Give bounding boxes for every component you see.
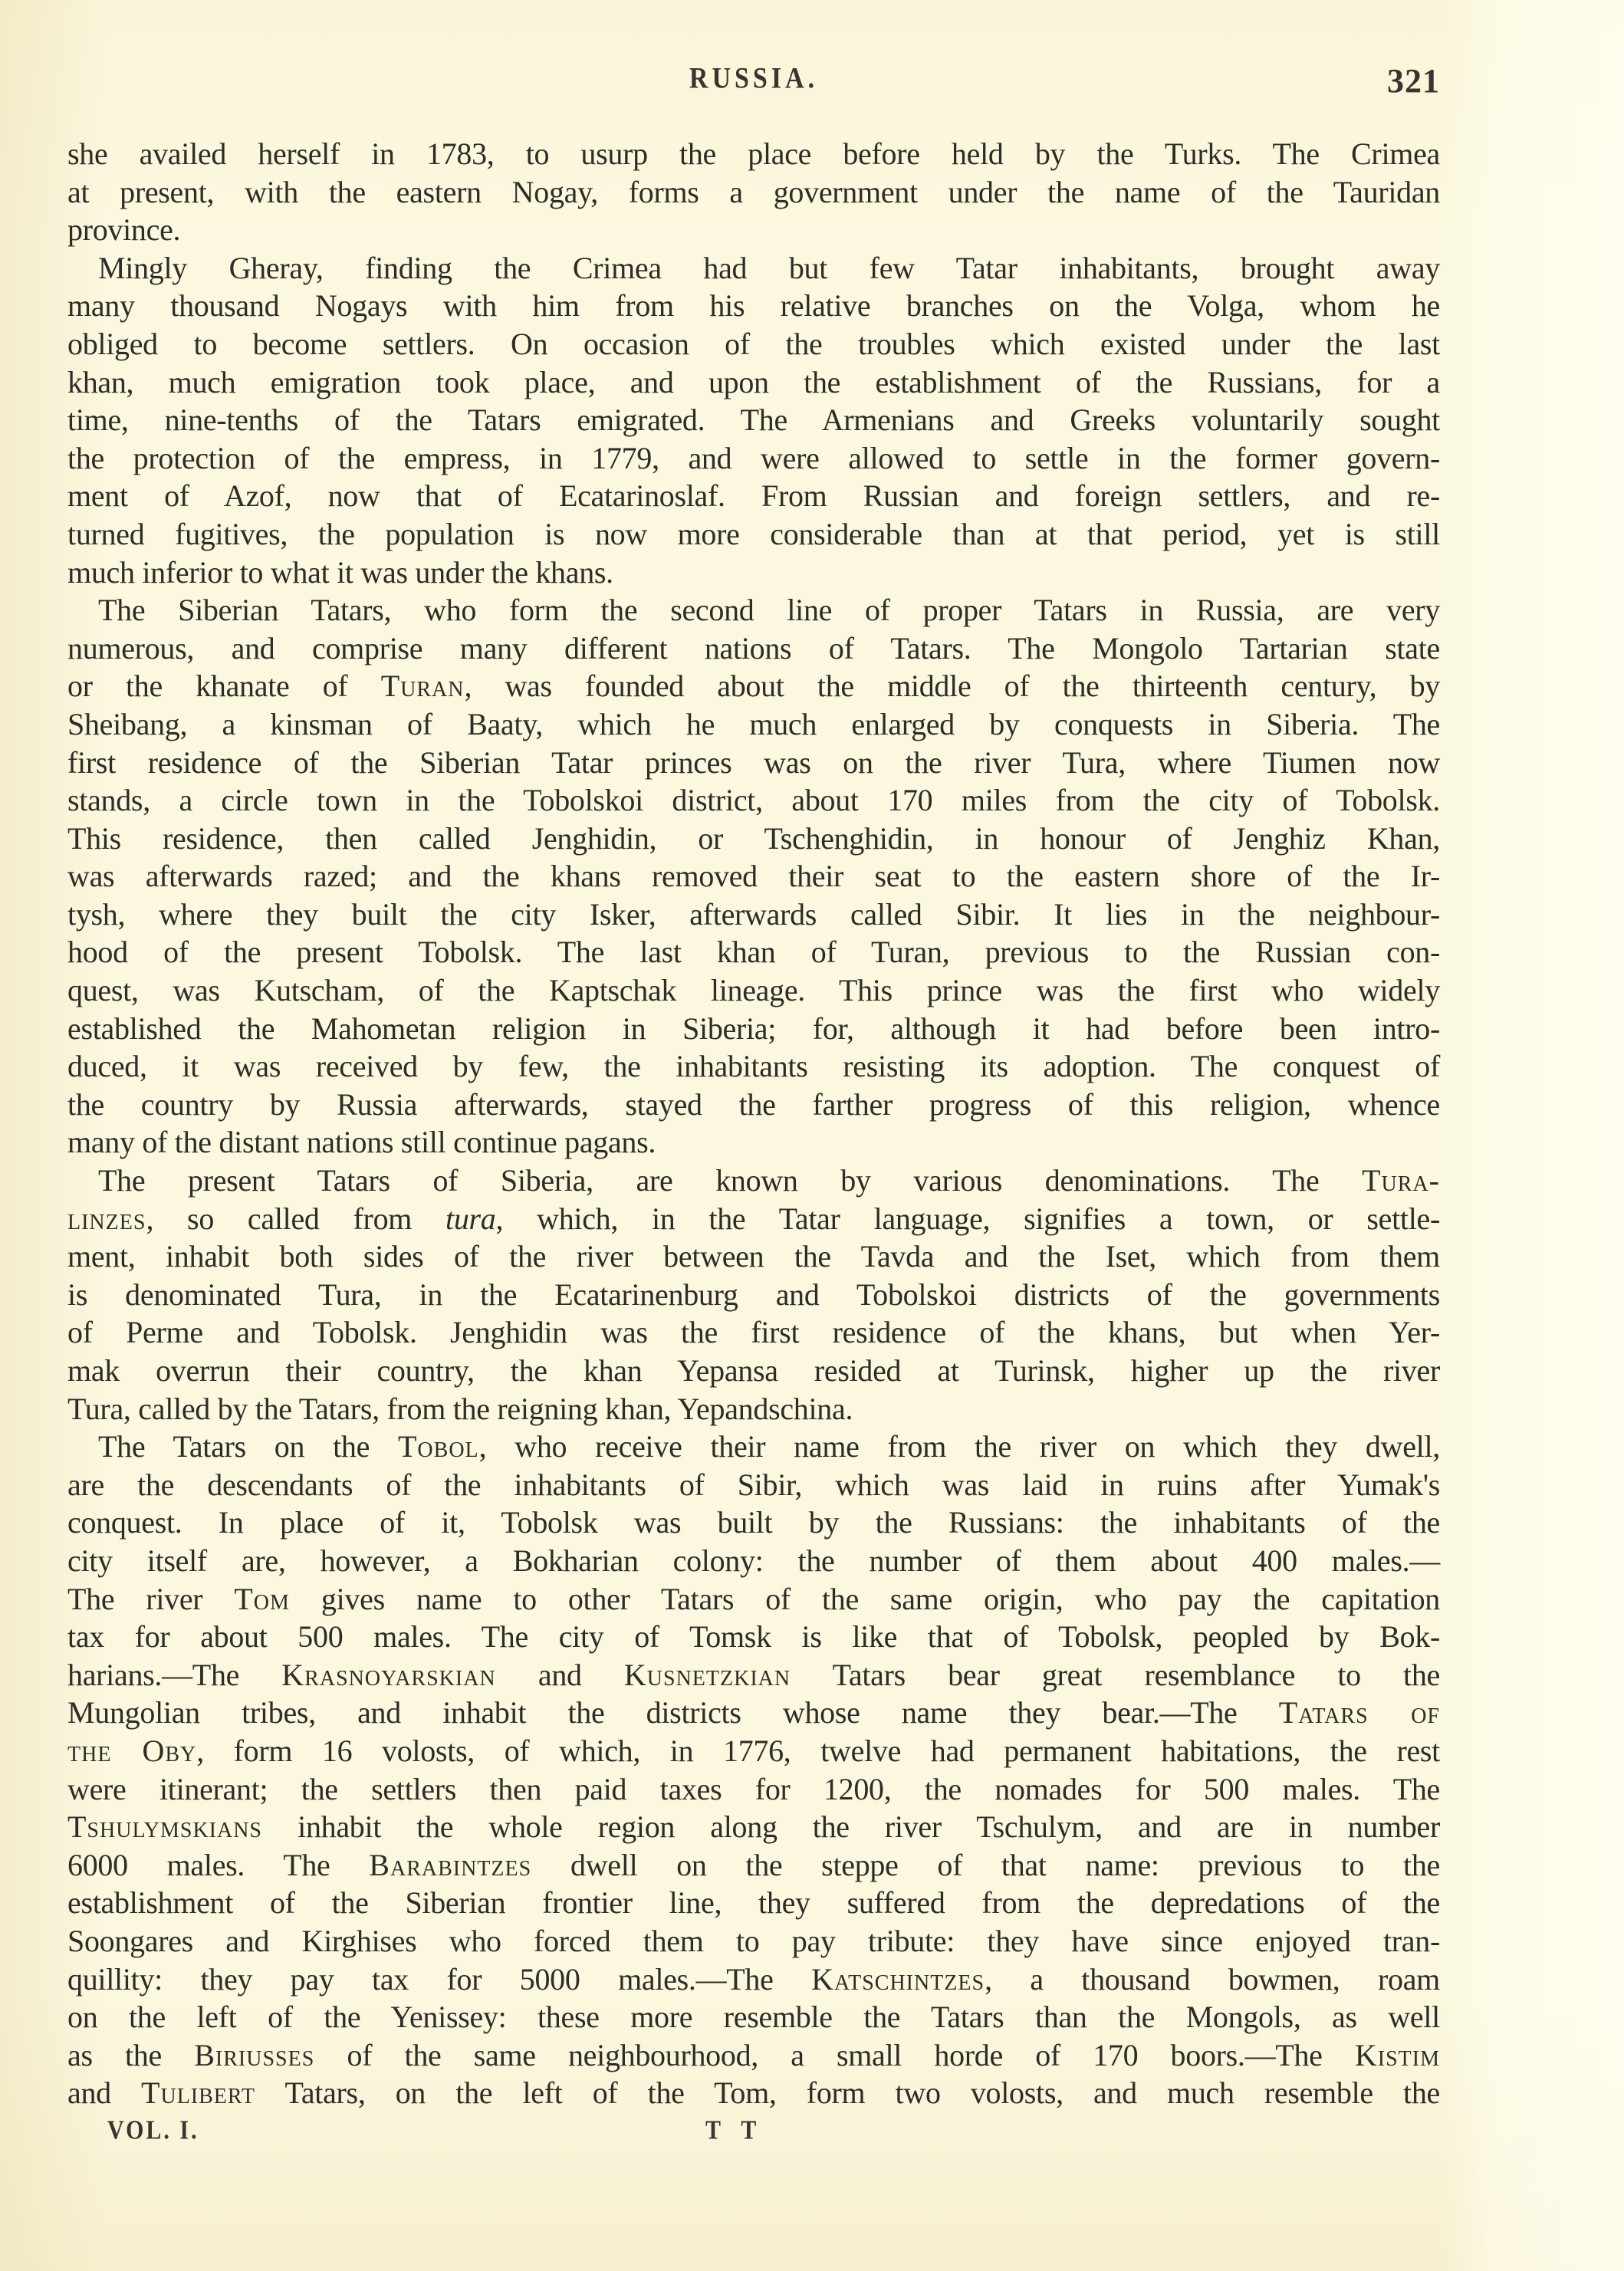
text-run: Tatars bear great resemblance to the — [791, 1658, 1440, 1692]
text-run: of the same neighbourhood, a small horde… — [314, 2038, 1355, 2072]
text-run: on the left of the Yenissey: these more … — [67, 2000, 1440, 2034]
text-line: conquest. In place of it, Tobolsk was bu… — [67, 1504, 1440, 1542]
text-run: Tatars, on the left of the Tom, form two… — [255, 2075, 1440, 2110]
text-run: The Siberian Tatars, who form the second… — [98, 593, 1440, 627]
text-line: province. — [67, 211, 1440, 249]
signature-mark: T T — [705, 2115, 764, 2145]
text-line: were itinerant; the settlers then paid t… — [67, 1770, 1440, 1809]
text-run: are the descendants of the inhabitants o… — [67, 1467, 1440, 1502]
text-line: turned fugitives, the population is now … — [67, 515, 1440, 554]
text-line: first residence of the Siberian Tatar pr… — [67, 744, 1440, 782]
text-run: Sheibang, a kinsman of Baaty, which he m… — [67, 707, 1440, 741]
text-line: 6000 males. The Barabintzes dwell on the… — [67, 1846, 1440, 1885]
text-run: quillity: they pay tax for 5000 males.—T… — [67, 1962, 811, 1997]
text-line: hood of the present Tobolsk. The last kh… — [67, 933, 1440, 971]
text-line: Tshulymskians inhabit the whole region a… — [67, 1808, 1440, 1846]
text-run: at present, with the eastern Nogay, form… — [67, 175, 1440, 209]
text-run: many thousand Nogays with him from his r… — [67, 288, 1440, 323]
text-line: numerous, and comprise many different na… — [67, 629, 1440, 668]
text-run: This residence, then called Jenghidin, o… — [67, 821, 1440, 856]
text-run: Soongares and Kirghises who forced them … — [67, 1924, 1440, 1958]
small-caps-term: Turan — [381, 669, 465, 703]
text-run: , who receive their name from the river … — [479, 1429, 1440, 1464]
text-line: or the khanate of Turan, was founded abo… — [67, 667, 1440, 705]
text-run: of Perme and Tobolsk. Jenghidin was the … — [67, 1315, 1440, 1349]
text-line: Sheibang, a kinsman of Baaty, which he m… — [67, 705, 1440, 744]
small-caps-term: Biriusses — [194, 2038, 314, 2072]
text-run: inhabit the whole region along the river… — [262, 1809, 1440, 1844]
text-line: she availed herself in 1783, to usurp th… — [67, 135, 1440, 173]
text-line: is denominated Tura, in the Ecatarinenbu… — [67, 1276, 1440, 1314]
text-run: khan, much emigration took place, and up… — [67, 365, 1440, 399]
small-caps-term: Katschintzes — [811, 1962, 985, 1997]
text-line: many thousand Nogays with him from his r… — [67, 287, 1440, 325]
text-run: gives name to other Tatars of the same o… — [290, 1582, 1440, 1616]
page-footer: VOL. I. T T — [67, 2118, 1440, 2151]
text-line: duced, it was received by few, the inhab… — [67, 1047, 1440, 1086]
text-run: duced, it was received by few, the inhab… — [67, 1049, 1440, 1083]
text-line: at present, with the eastern Nogay, form… — [67, 173, 1440, 212]
text-run: the country by Russia afterwards, stayed… — [67, 1087, 1440, 1122]
body-text: she availed herself in 1783, to usurp th… — [67, 135, 1440, 2112]
text-line: the protection of the empress, in 1779, … — [67, 439, 1440, 478]
page-number: 321 — [1387, 61, 1440, 100]
text-run: , form 16 volosts, of which, in 1776, tw… — [196, 1734, 1440, 1768]
small-caps-term: Tshulymskians — [67, 1809, 262, 1844]
text-run: obliged to become settlers. On occasion … — [67, 327, 1440, 361]
text-line: The Tatars on the Tobol, who receive the… — [67, 1428, 1440, 1466]
text-line: This residence, then called Jenghidin, o… — [67, 820, 1440, 858]
text-run: The present Tatars of Siberia, are known… — [98, 1163, 1362, 1198]
text-line: many of the distant nations still contin… — [67, 1123, 1440, 1162]
volume-label: VOL. I. — [107, 2115, 199, 2145]
text-line: city itself are, however, a Bokharian co… — [67, 1542, 1440, 1580]
small-caps-term: Tobol — [398, 1429, 479, 1464]
small-caps-term: Tatars of — [1279, 1695, 1440, 1730]
text-line: established the Mahometan religion in Si… — [67, 1010, 1440, 1048]
text-line: quillity: they pay tax for 5000 males.—T… — [67, 1960, 1440, 1999]
text-run: ment of Azof, now that of Ecatarinoslaf.… — [67, 478, 1440, 513]
text-line: establishment of the Siberian frontier l… — [67, 1884, 1440, 1922]
text-run: hood of the present Tobolsk. The last kh… — [67, 935, 1440, 969]
text-run: Mungolian tribes, and inhabit the distri… — [67, 1695, 1279, 1730]
text-run: , so called from — [146, 1201, 445, 1236]
text-run: were itinerant; the settlers then paid t… — [67, 1772, 1440, 1806]
text-run: time, nine-tenths of the Tatars emigrate… — [67, 403, 1440, 437]
italic-term: tura — [445, 1201, 495, 1236]
text-line: khan, much emigration took place, and up… — [67, 363, 1440, 402]
text-line: Mungolian tribes, and inhabit the distri… — [67, 1694, 1440, 1732]
text-run: ment, inhabit both sides of the river be… — [67, 1239, 1440, 1274]
text-run: numerous, and comprise many different na… — [67, 631, 1440, 666]
text-line: Mingly Gheray, finding the Crimea had bu… — [67, 249, 1440, 288]
text-line: stands, a circle town in the Tobolskoi d… — [67, 781, 1440, 820]
text-run: , was founded about the middle of the th… — [465, 669, 1441, 703]
text-run: was afterwards razed; and the khans remo… — [67, 859, 1440, 893]
text-line: linzes, so called from tura, which, in t… — [67, 1200, 1440, 1238]
text-run: Mingly Gheray, finding the Crimea had bu… — [98, 251, 1440, 285]
text-run: city itself are, however, a Bokharian co… — [67, 1543, 1440, 1578]
text-line: was afterwards razed; and the khans remo… — [67, 857, 1440, 896]
text-line: tax for about 500 males. The city of Tom… — [67, 1618, 1440, 1656]
text-line: of Perme and Tobolsk. Jenghidin was the … — [67, 1313, 1440, 1352]
text-line: The river Tom gives name to other Tatars… — [67, 1580, 1440, 1619]
text-line: ment, inhabit both sides of the river be… — [67, 1237, 1440, 1276]
text-run: Tura, called by the Tatars, from the rei… — [67, 1392, 853, 1426]
text-line: the Oby, form 16 volosts, of which, in 1… — [67, 1732, 1440, 1770]
text-run: quest, was Kutscham, of the Kaptschak li… — [67, 973, 1440, 1007]
text-line: are the descendants of the inhabitants o… — [67, 1466, 1440, 1504]
text-run: the protection of the empress, in 1779, … — [67, 441, 1440, 475]
text-run: or the khanate of — [67, 669, 381, 703]
text-run: established the Mahometan religion in Si… — [67, 1011, 1440, 1046]
text-line: ment of Azof, now that of Ecatarinoslaf.… — [67, 477, 1440, 515]
text-run: as the — [67, 2038, 194, 2072]
running-head: RUSSIA. 321 — [67, 64, 1440, 104]
text-run: dwell on the steppe of that name: previo… — [531, 1848, 1440, 1882]
text-line: The Siberian Tatars, who form the second… — [67, 591, 1440, 629]
text-run: , a thousand bowmen, roam — [985, 1962, 1440, 1997]
running-title: RUSSIA. — [67, 62, 1440, 96]
text-run: stands, a circle town in the Tobolskoi d… — [67, 783, 1440, 817]
text-line: harians.—The Krasnoyarskian and Kusnetzk… — [67, 1656, 1440, 1694]
text-line: on the left of the Yenissey: these more … — [67, 1998, 1440, 2036]
text-line: obliged to become settlers. On occasion … — [67, 325, 1440, 363]
text-run: conquest. In place of it, Tobolsk was bu… — [67, 1505, 1440, 1540]
text-line: and Tulibert Tatars, on the left of the … — [67, 2074, 1440, 2112]
text-run: harians.—The — [67, 1658, 281, 1692]
text-run: and — [496, 1658, 624, 1692]
book-page: RUSSIA. 321 she availed herself in 1783,… — [0, 0, 1624, 2271]
small-caps-term: Tulibert — [141, 2075, 255, 2110]
text-run: she availed herself in 1783, to usurp th… — [67, 136, 1440, 171]
text-run: tax for about 500 males. The city of Tom… — [67, 1619, 1440, 1654]
text-run: much inferior to what it was under the k… — [67, 555, 613, 590]
text-run: tysh, where they built the city Isker, a… — [67, 897, 1440, 932]
text-run: 6000 males. The — [67, 1848, 369, 1882]
text-line: as the Biriusses of the same neighbourho… — [67, 2036, 1440, 2075]
text-line: The present Tatars of Siberia, are known… — [67, 1162, 1440, 1200]
text-run: many of the distant nations still contin… — [67, 1125, 656, 1159]
text-line: Soongares and Kirghises who forced them … — [67, 1922, 1440, 1960]
text-run: province. — [67, 212, 180, 247]
text-line: quest, was Kutscham, of the Kaptschak li… — [67, 971, 1440, 1010]
text-run: The river — [67, 1582, 234, 1616]
text-line: much inferior to what it was under the k… — [67, 554, 1440, 592]
text-run: , which, in the Tatar language, signifie… — [496, 1201, 1441, 1236]
small-caps-term: the Oby — [67, 1734, 196, 1768]
text-run: mak overrun their country, the khan Yepa… — [67, 1353, 1440, 1388]
small-caps-term: Tura- — [1362, 1163, 1440, 1198]
text-line: the country by Russia afterwards, stayed… — [67, 1086, 1440, 1124]
text-run: and — [67, 2075, 141, 2110]
text-line: mak overrun their country, the khan Yepa… — [67, 1352, 1440, 1390]
text-run: establishment of the Siberian frontier l… — [67, 1885, 1440, 1920]
text-line: time, nine-tenths of the Tatars emigrate… — [67, 401, 1440, 439]
small-caps-term: Krasnoyarskian — [281, 1658, 495, 1692]
text-run: turned fugitives, the population is now … — [67, 517, 1440, 551]
text-run: first residence of the Siberian Tatar pr… — [67, 745, 1440, 780]
text-run: is denominated Tura, in the Ecatarinenbu… — [67, 1277, 1440, 1312]
small-caps-term: Barabintzes — [369, 1848, 531, 1882]
text-line: Tura, called by the Tatars, from the rei… — [67, 1390, 1440, 1428]
text-run: The Tatars on the — [98, 1429, 398, 1464]
small-caps-term: linzes — [67, 1201, 146, 1236]
text-line: tysh, where they built the city Isker, a… — [67, 896, 1440, 934]
small-caps-term: Tom — [234, 1582, 290, 1616]
small-caps-term: Kusnetzkian — [624, 1658, 791, 1692]
small-caps-term: Kistim — [1355, 2038, 1440, 2072]
